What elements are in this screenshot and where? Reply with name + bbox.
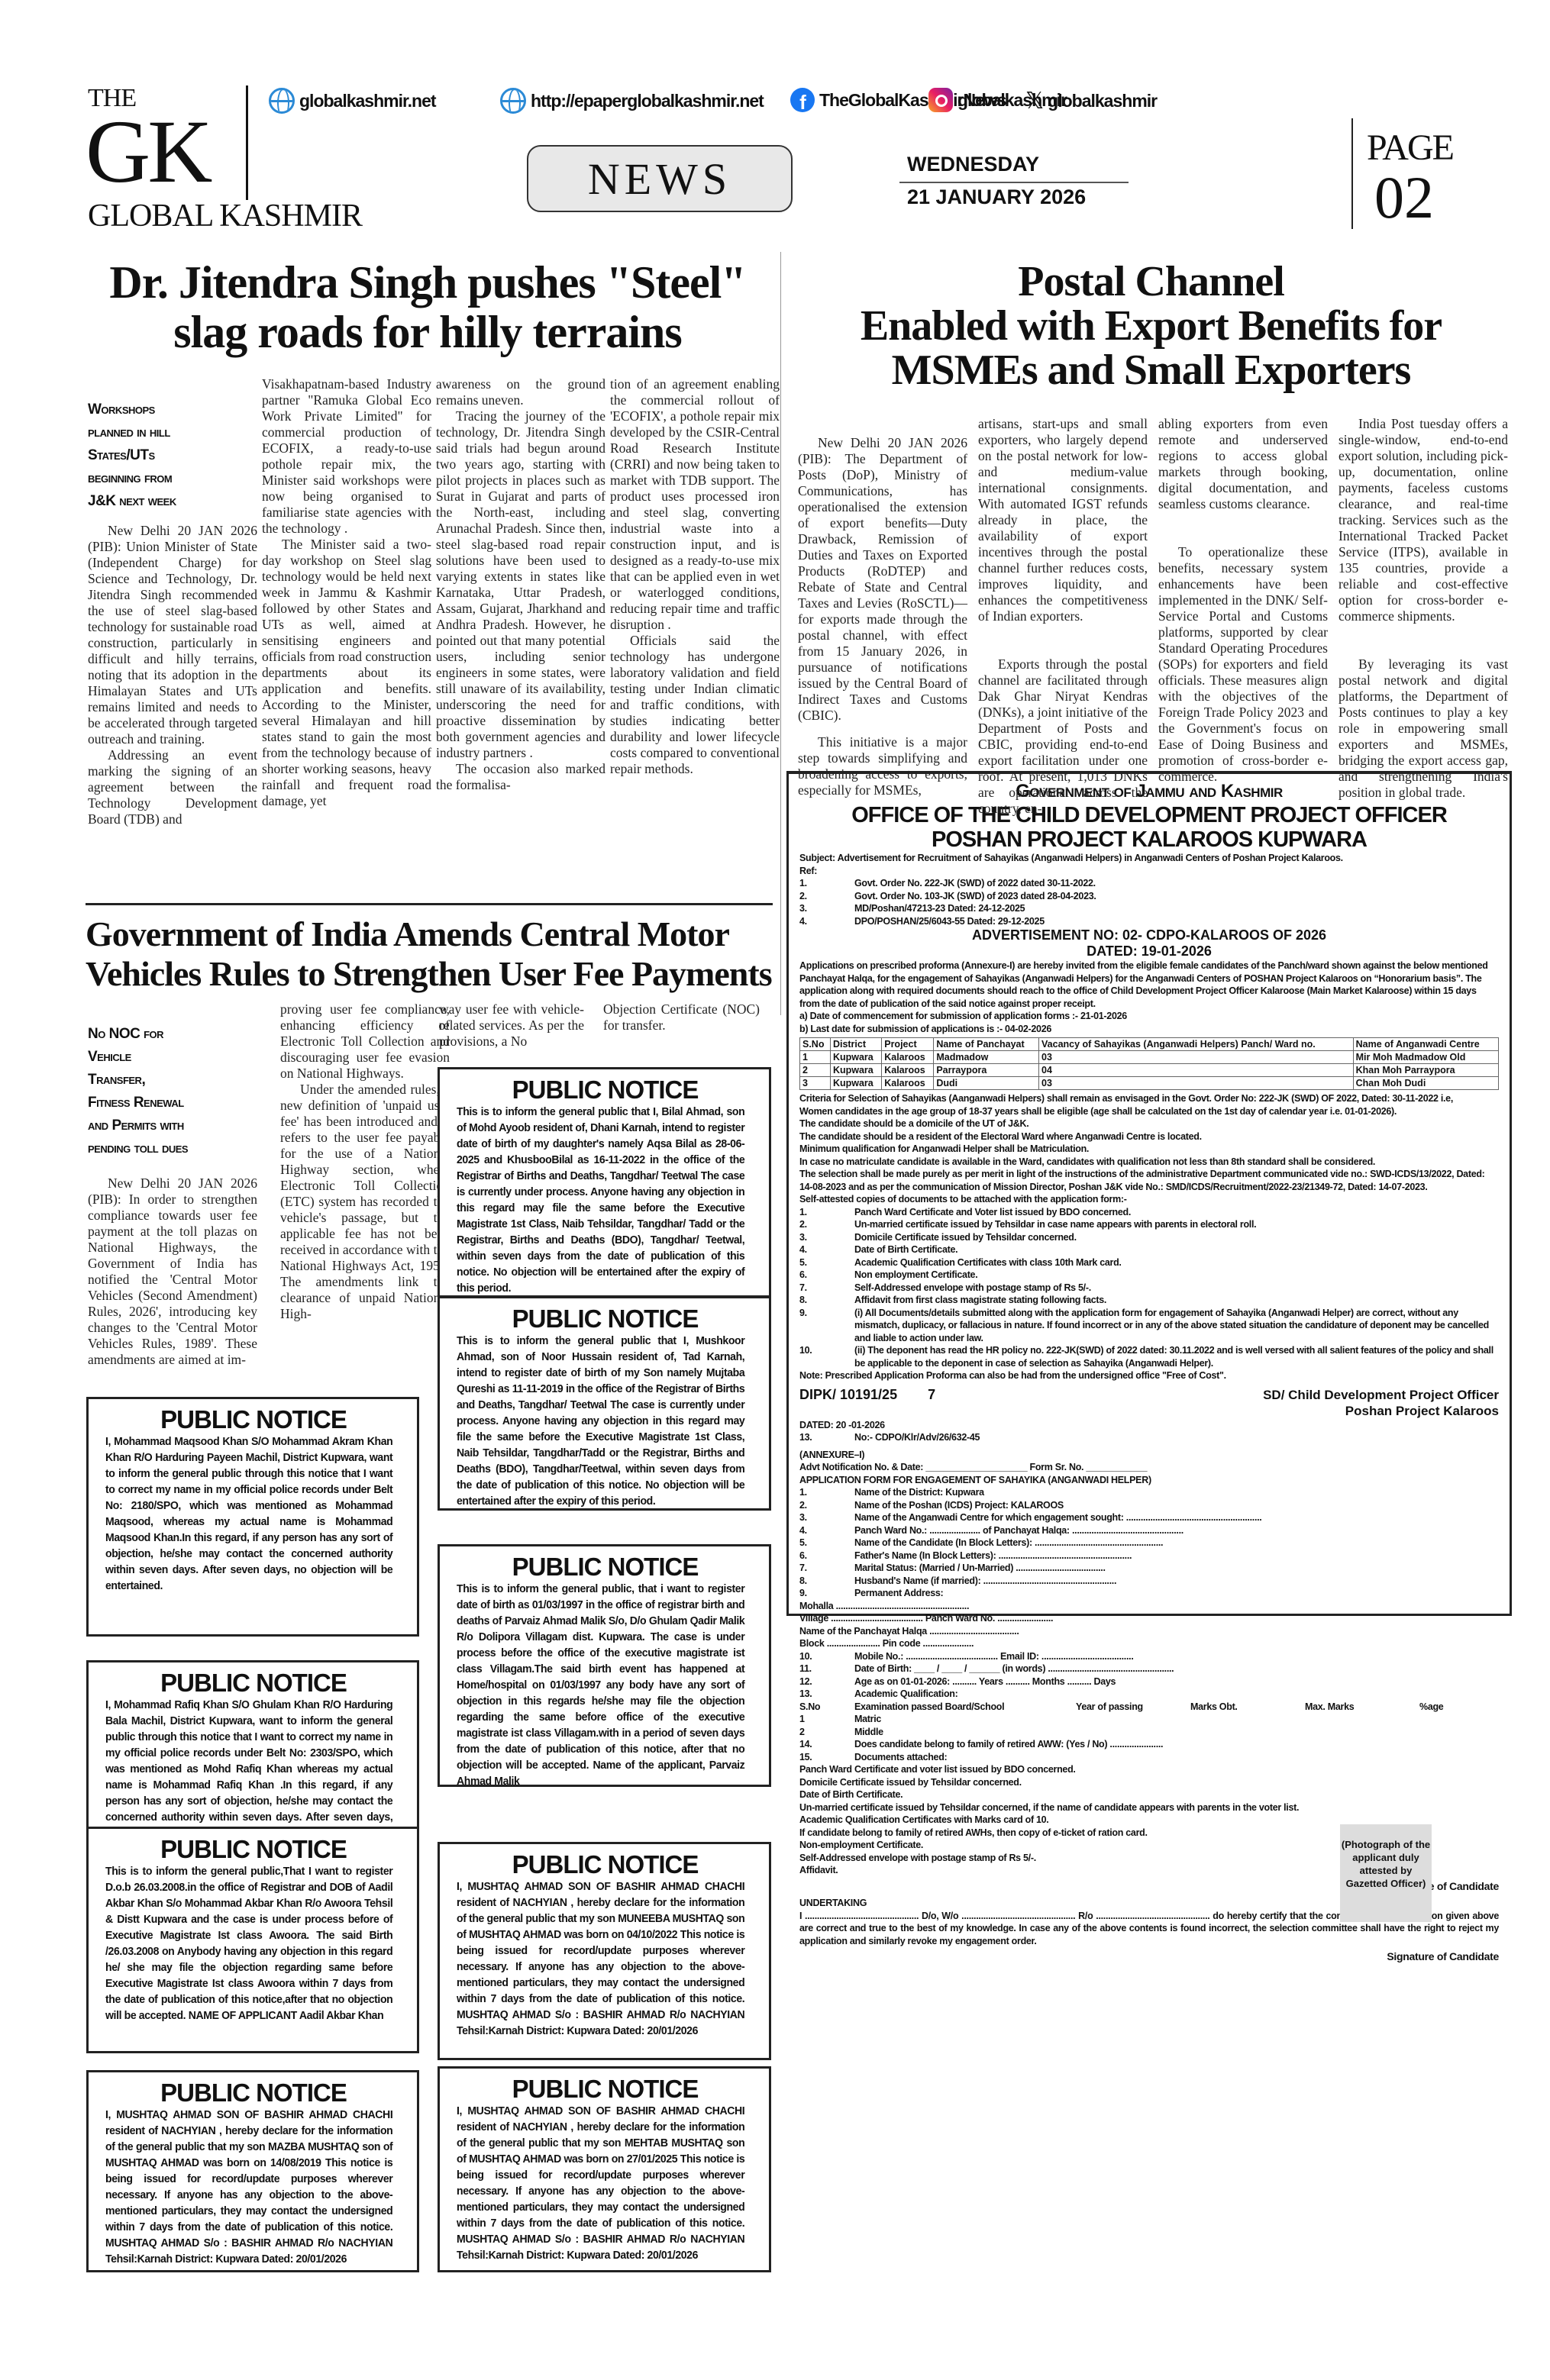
- item-text: Date of Birth Certificate.: [854, 1243, 957, 1256]
- qual-header: Max. Marks: [1305, 1701, 1419, 1714]
- paragraph: By leveraging its vast postal network an…: [1338, 656, 1508, 801]
- instagram-icon: [928, 88, 953, 112]
- article-column: awareness on the ground remains uneven.T…: [436, 376, 605, 793]
- table-cell: Kalaroos: [882, 1064, 934, 1077]
- criteria-item: Self-attested copies of documents to be …: [799, 1193, 1499, 1206]
- article-kicker: Workshops planned in hill States/UTs beg…: [88, 398, 187, 513]
- list-item: 8.Husband's Name (if married): .........…: [799, 1575, 1499, 1588]
- paragraph: tion of an agreement enabling the commer…: [610, 376, 780, 633]
- notice-title: PUBLIC NOTICE: [457, 1553, 754, 1582]
- item-number: 3.: [799, 902, 854, 915]
- paragraph: New Delhi 20 JAN 2026 (PIB): Union Minis…: [88, 523, 257, 747]
- notice-title: PUBLIC NOTICE: [105, 1835, 402, 1864]
- table-row: 3KupwaraKalaroosDudi03Chan Moh Dudi: [800, 1077, 1499, 1090]
- photo-placeholder: (Photograph of the applicant duly attest…: [1340, 1824, 1432, 1922]
- list-item: 10.(ii) The deponent has read the HR pol…: [799, 1344, 1499, 1369]
- notice-title: PUBLIC NOTICE: [457, 1076, 754, 1105]
- ad-signatory-2: Poshan Project Kalaroos: [1263, 1403, 1499, 1419]
- qual-header: S.No: [799, 1701, 854, 1714]
- ad-signatory-1: SD/ Child Development Project Officer: [1263, 1387, 1499, 1403]
- facebook-icon: f: [790, 88, 815, 112]
- page-number: 02: [1374, 168, 1434, 227]
- table-cell: Chan Moh Dudi: [1353, 1077, 1498, 1090]
- list-item: 2.Un-married certificate issued by Tehsi…: [799, 1218, 1499, 1231]
- item-number: 9.: [799, 1587, 854, 1600]
- table-cell: Madmadow: [934, 1051, 1039, 1064]
- list-item: 3.Domicile Certificate issued by Tehsild…: [799, 1231, 1499, 1244]
- item-number: 13.: [799, 1431, 854, 1444]
- ad-office-1: OFFICE OF THE CHILD DEVELOPMENT PROJECT …: [799, 803, 1499, 827]
- attached-item: Panch Ward Certificate and voter list is…: [799, 1763, 1499, 1776]
- item-number: 8.: [799, 1294, 854, 1307]
- table-header: Name of Panchayat: [934, 1038, 1039, 1051]
- ad-office-2: POSHAN PROJECT KALAROOS KUPWARA: [799, 827, 1499, 852]
- item-number: 7.: [799, 1562, 854, 1575]
- headline-line: Postal Channel: [790, 260, 1512, 304]
- table-header: Vacancy of Sahayikas (Anganwadi Helpers)…: [1039, 1038, 1354, 1051]
- item-number: 6.: [799, 1269, 854, 1282]
- public-notice: PUBLIC NOTICEThis is to inform the gener…: [86, 1827, 419, 2053]
- public-notice: PUBLIC NOTICEThis is to inform the gener…: [438, 1067, 771, 1298]
- section-badge: NEWS: [527, 145, 793, 212]
- public-notice: PUBLIC NOTICEThis is to inform the gener…: [438, 1296, 771, 1511]
- item-text: Permanent Address:: [854, 1587, 943, 1600]
- form-title: APPLICATION FORM FOR ENGAGEMENT OF SAHAY…: [799, 1474, 1499, 1487]
- article-headline: Dr. Jitendra Singh pushes "Steel" slag r…: [88, 258, 767, 357]
- qualification-header: S.NoExamination passed Board/SchoolYear …: [799, 1701, 1499, 1714]
- notice-body: I, Mohammad Rafiq Khan S/O Ghulam Khan R…: [105, 1698, 392, 1842]
- criteria-item: Minimum qualification for Anganwadi Help…: [799, 1143, 1499, 1156]
- table-cell: Khan Moh Parraypora: [1353, 1064, 1498, 1077]
- ad-intro: Applications on prescribed proforma (Ann…: [799, 959, 1499, 1010]
- qual-header: Year of passing: [1076, 1701, 1190, 1714]
- notice-body: This is to inform the general public tha…: [457, 1334, 744, 1510]
- issue-date: 21 JANUARY 2026: [907, 185, 1086, 209]
- globe-icon: [500, 88, 526, 114]
- notice-title: PUBLIC NOTICE: [457, 2075, 754, 2104]
- list-item: 3.Name of the Anganwadi Centre for which…: [799, 1511, 1499, 1524]
- ad-ref-label: Ref:: [799, 865, 1499, 878]
- ad-date: DATED: 19-01-2026: [799, 943, 1499, 959]
- list-item: 4.Panch Ward No.: ..................... …: [799, 1524, 1499, 1537]
- qual-header: Marks Obt.: [1190, 1701, 1305, 1714]
- table-cell: Parraypora: [934, 1064, 1039, 1077]
- notice-title: PUBLIC NOTICE: [105, 1405, 402, 1434]
- table-cell: 3: [800, 1077, 831, 1090]
- item-number: 10.: [799, 1344, 854, 1369]
- article-column: New Delhi 20 JAN 2026 (PIB): In order to…: [88, 1175, 257, 1368]
- item-text: Middle: [854, 1726, 883, 1739]
- article-column: tion of an agreement enabling the commer…: [610, 376, 780, 777]
- item-text: Does candidate belong to family of retir…: [854, 1738, 1163, 1751]
- table-cell: Kupwara: [830, 1051, 881, 1064]
- item-text: Affidavit from first class magistrate st…: [854, 1294, 1106, 1307]
- article-column: Visakhapatnam-based Industry partner "Ra…: [262, 376, 431, 809]
- item-number: 11.: [799, 1662, 854, 1675]
- item-text: Academic Qualification:: [854, 1688, 958, 1701]
- article-kicker: No NOC for Vehicle Transfer, Fitness Ren…: [88, 1023, 191, 1160]
- criteria-item: The candidate should be a resident of th…: [799, 1130, 1499, 1143]
- globe-icon: [269, 88, 295, 114]
- form-fields: 10.Mobile No.: .........................…: [799, 1650, 1499, 1701]
- social-epaper[interactable]: http://epaperglobalkashmir.net: [500, 88, 764, 114]
- qualification-rows: 1Matric2Middle: [799, 1713, 1499, 1738]
- article-column: New Delhi 20 JAN 2026 (PIB): Union Minis…: [88, 523, 257, 827]
- article-column: New Delhi 20 JAN 2026 (PIB): The Departm…: [798, 435, 967, 798]
- ad-docs: 1.Panch Ward Certificate and Voter list …: [799, 1206, 1499, 1370]
- item-number: 3.: [799, 1511, 854, 1524]
- social-label: http://epaperglobalkashmir.net: [531, 91, 764, 111]
- paragraph: awareness on the ground remains uneven.: [436, 376, 605, 408]
- page-divider: [1351, 118, 1353, 229]
- item-number: 1.: [799, 1206, 854, 1219]
- ad-dipk-n: 7: [928, 1387, 935, 1402]
- paragraph: Visakhapatnam-based Industry partner "Ra…: [262, 376, 431, 537]
- table-cell: Mir Moh Madmadow Old: [1353, 1051, 1498, 1064]
- list-item: 12.Age as on 01-01-2026: .......... Year…: [799, 1675, 1499, 1688]
- item-number: 7.: [799, 1282, 854, 1295]
- paragraph: abling exporters from even remote and un…: [1158, 416, 1328, 512]
- article-column: Objection Certificate (NOC) for transfer…: [603, 1001, 760, 1034]
- item-number: 2.: [799, 1218, 854, 1231]
- item-text: Panch Ward Certificate and Voter list is…: [854, 1206, 1131, 1219]
- criteria-item: The selection shall be made purely as pe…: [799, 1168, 1499, 1193]
- item-text: Marital Status: (Married / Un-Married) .…: [854, 1562, 1106, 1575]
- column-divider: [780, 252, 781, 1015]
- public-notice: PUBLIC NOTICEThis is to inform the gener…: [438, 1544, 771, 1787]
- logo-divider: [246, 85, 248, 200]
- notice-title: PUBLIC NOTICE: [457, 1850, 754, 1879]
- item-text: Name of the Poshan (ICDS) Project: KALAR…: [854, 1499, 1064, 1512]
- item-number: 4.: [799, 1524, 854, 1537]
- notice-title: PUBLIC NOTICE: [105, 1669, 402, 1698]
- address-line: Block ...................... Pin code ..…: [799, 1637, 1499, 1650]
- list-item: 11.Date of Birth: ____ / ____ / ______ (…: [799, 1662, 1499, 1675]
- form-fields: 14.Does candidate belong to family of re…: [799, 1738, 1499, 1763]
- article-column: abling exporters from even remote and un…: [1158, 416, 1328, 785]
- item-text: Un-married certificate issued by Tehsild…: [854, 1218, 1256, 1231]
- list-item: 1.Panch Ward Certificate and Voter list …: [799, 1206, 1499, 1219]
- headline-line: Enabled with Export Benefits for MSMEs a…: [790, 304, 1512, 392]
- paragraph: artisans, start-ups and small exporters,…: [978, 416, 1148, 624]
- annexure-label: (ANNEXURE–I): [799, 1449, 1499, 1462]
- item-number: 2: [799, 1726, 854, 1739]
- paragraph: Under the amended rules, a new definitio…: [280, 1082, 450, 1322]
- list-item: 14.Does candidate belong to family of re…: [799, 1738, 1499, 1751]
- table-row: 2KupwaraKalaroosParraypora04Khan Moh Par…: [800, 1064, 1499, 1077]
- table-cell: Kupwara: [830, 1064, 881, 1077]
- item-number: 5.: [799, 1256, 854, 1269]
- list-item: 1.Govt. Order No. 222-JK (SWD) of 2022 d…: [799, 877, 1499, 890]
- item-text: Age as on 01-01-2026: .......... Years .…: [854, 1675, 1116, 1688]
- advt-line: Advt Notification No. & Date: __________…: [799, 1461, 1499, 1474]
- item-number: 4.: [799, 1243, 854, 1256]
- notice-body: This is to inform the general public tha…: [457, 1105, 744, 1297]
- list-item: 2.Name of the Poshan (ICDS) Project: KAL…: [799, 1499, 1499, 1512]
- notice-body: This is to inform the general public, th…: [457, 1582, 744, 1790]
- item-number: 2.: [799, 1499, 854, 1512]
- attached-item: Domicile Certificate issued by Tehsildar…: [799, 1776, 1499, 1789]
- table-cell: Kalaroos: [882, 1051, 934, 1064]
- list-item: 6.Father's Name (In Block Letters): ....…: [799, 1550, 1499, 1562]
- table-cell: 2: [800, 1064, 831, 1077]
- public-notice: PUBLIC NOTICEI, MUSHTAQ AHMAD SON OF BAS…: [438, 2066, 771, 2272]
- qual-header: %age: [1419, 1701, 1481, 1714]
- paragraph: Exports through the postal channel are f…: [978, 656, 1148, 817]
- social-label: globalkashmir.net: [299, 91, 436, 111]
- table-cell: 03: [1039, 1051, 1354, 1064]
- item-number: 1.: [799, 877, 854, 890]
- social-x[interactable]: 𝕏 globalkashmir: [1025, 88, 1157, 114]
- item-text: Self-Addressed envelope with postage sta…: [854, 1282, 1091, 1295]
- item-text: Govt. Order No. 103-JK (SWD) of 2023 dat…: [854, 890, 1096, 903]
- notice-body: I, Mohammad Maqsood Khan S/O Mohammad Ak…: [105, 1434, 392, 1595]
- list-item: 4.DPO/POSHAN/25/6043-55 Dated: 29-12-202…: [799, 915, 1499, 928]
- notice-title: PUBLIC NOTICE: [105, 2078, 402, 2107]
- item-number: 1.: [799, 1486, 854, 1499]
- item-number: 8.: [799, 1575, 854, 1588]
- form-fields: 1.Name of the District: Kupwara2.Name of…: [799, 1486, 1499, 1600]
- table-cell: Kalaroos: [882, 1077, 934, 1090]
- public-notice: PUBLIC NOTICEI, Mohammad Maqsood Khan S/…: [86, 1397, 419, 1637]
- table-header: S.No: [800, 1038, 831, 1051]
- list-item: 7.Marital Status: (Married / Un-Married)…: [799, 1562, 1499, 1575]
- list-item: 9.Permanent Address:: [799, 1587, 1499, 1600]
- paragraph: way user fee with vehicle-related servic…: [439, 1001, 584, 1050]
- paragraph: To operationalize these benefits, necess…: [1158, 544, 1328, 785]
- issue-day: WEDNESDAY: [907, 153, 1039, 176]
- ad-note: Note: Prescribed Application Proforma ca…: [799, 1369, 1499, 1382]
- paragraph: Addressing an event marking the signing …: [88, 747, 257, 827]
- table-cell: 1: [800, 1051, 831, 1064]
- paragraph: The occasion also marked the formalisa-: [436, 761, 605, 793]
- qual-header: Examination passed Board/School: [854, 1701, 1076, 1714]
- item-text: Name of the Candidate (In Block Letters)…: [854, 1537, 1163, 1550]
- address-line: Name of the Panchayat Halqa ............…: [799, 1625, 1499, 1638]
- logo-name: GLOBAL KASHMIR: [88, 200, 362, 232]
- public-notice: PUBLIC NOTICEI, MUSHTAQ AHMAD SON OF BAS…: [438, 1842, 771, 2060]
- ad-number: ADVERTISEMENT NO: 02- CDPO-KALAROOS OF 2…: [799, 927, 1499, 943]
- ad-date-b: b) Last date for submission of applicati…: [799, 1023, 1499, 1036]
- page-label: PAGE: [1367, 130, 1453, 166]
- notice-body: I, MUSHTAQ AHMAD SON OF BASHIR AHMAD CHA…: [457, 2104, 744, 2264]
- list-item: 6.Non employment Certificate.: [799, 1269, 1499, 1282]
- criteria-item: Criteria for Selection of Sahayikas (Aan…: [799, 1092, 1499, 1105]
- vacancy-table: S.NoDistrictProjectName of PanchayatVaca…: [799, 1037, 1499, 1090]
- list-item: 5.Name of the Candidate (In Block Letter…: [799, 1537, 1499, 1550]
- item-text: (i) All Documents/details submitted alon…: [854, 1307, 1499, 1345]
- address-line: Mohalla ................................…: [799, 1600, 1499, 1613]
- item-number: 6.: [799, 1550, 854, 1562]
- notice-title: PUBLIC NOTICE: [457, 1304, 754, 1334]
- x-icon: 𝕏: [1025, 88, 1043, 114]
- signature-label: Signature of Candidate: [799, 1950, 1499, 1963]
- notice-body: I, MUSHTAQ AHMAD SON OF BASHIR AHMAD CHA…: [457, 1879, 744, 2040]
- column-divider: [780, 908, 781, 1008]
- list-item: 4.Date of Birth Certificate.: [799, 1243, 1499, 1256]
- table-cell: Kupwara: [830, 1077, 881, 1090]
- item-number: 15.: [799, 1751, 854, 1764]
- list-item: 10.Mobile No.: .........................…: [799, 1650, 1499, 1663]
- table-cell: 04: [1039, 1064, 1354, 1077]
- item-text: Date of Birth: ____ / ____ / ______ (in …: [854, 1662, 1174, 1675]
- item-text: Name of the Anganwadi Centre for which e…: [854, 1511, 1261, 1524]
- item-number: 4.: [799, 915, 854, 928]
- ad-ref-no: No:- CDPO/Klr/Adv/26/632-45: [854, 1431, 980, 1444]
- article-column: artisans, start-ups and small exporters,…: [978, 416, 1148, 817]
- notice-body: This is to inform the general public,Tha…: [105, 1864, 392, 2024]
- article-headline: Government of India Amends Central Motor…: [86, 914, 773, 994]
- paragraph: Objection Certificate (NOC) for transfer…: [603, 1001, 760, 1034]
- list-item: 9.(i) All Documents/details submitted al…: [799, 1307, 1499, 1345]
- ad-dipk: DIPK/ 10191/25: [799, 1387, 897, 1402]
- ad-criteria: Criteria for Selection of Sahayikas (Aan…: [799, 1092, 1499, 1206]
- ad-date-a: a) Date of commencement for submission o…: [799, 1010, 1499, 1023]
- item-text: (ii) The deponent has read the HR policy…: [854, 1344, 1499, 1369]
- item-text: Father's Name (In Block Letters): ......…: [854, 1550, 1132, 1562]
- item-number: 13.: [799, 1688, 854, 1701]
- article-column: India Post tuesday offers a single-windo…: [1338, 416, 1508, 801]
- list-item: 1.Name of the District: Kupwara: [799, 1486, 1499, 1499]
- address-fields: Mohalla ................................…: [799, 1600, 1499, 1650]
- table-header: Project: [882, 1038, 934, 1051]
- item-text: Matric: [854, 1713, 881, 1726]
- govt-advertisement: Government of Jammu and Kashmir OFFICE O…: [786, 771, 1512, 1616]
- ad-refs: 1.Govt. Order No. 222-JK (SWD) of 2022 d…: [799, 877, 1499, 927]
- address-line: Village ................................…: [799, 1612, 1499, 1625]
- item-number: 3.: [799, 1231, 854, 1244]
- qual-row: 1Matric: [799, 1713, 1499, 1726]
- paragraph: The Minister said a two-day workshop on …: [262, 537, 431, 809]
- paragraph: New Delhi 20 JAN 2026 (PIB): The Departm…: [798, 435, 967, 724]
- item-text: Govt. Order No. 222-JK (SWD) of 2022 dat…: [854, 877, 1096, 890]
- attached-item: Date of Birth Certificate.: [799, 1788, 1499, 1801]
- logo-gk: GK: [86, 107, 209, 197]
- public-notice: PUBLIC NOTICEI, MUSHTAQ AHMAD SON OF BAS…: [86, 2070, 419, 2272]
- criteria-item: The candidate should be a domicile of th…: [799, 1117, 1499, 1130]
- item-number: 12.: [799, 1675, 854, 1688]
- item-text: Panch Ward No.: ..................... of…: [854, 1524, 1183, 1537]
- item-text: MD/Poshan/47213-23 Dated: 24-12-2025: [854, 902, 1025, 915]
- list-item: 5.Academic Qualification Certificates wi…: [799, 1256, 1499, 1269]
- paragraph: New Delhi 20 JAN 2026 (PIB): In order to…: [88, 1175, 257, 1368]
- item-text: Name of the District: Kupwara: [854, 1486, 984, 1499]
- item-text: Mobile No.: ............................…: [854, 1650, 1134, 1663]
- qual-row: 2Middle: [799, 1726, 1499, 1739]
- paragraph: proving user fee compliance, enhancing e…: [280, 1001, 450, 1082]
- item-number: 14.: [799, 1738, 854, 1751]
- divider: [86, 903, 773, 905]
- list-item: 8.Affidavit from first class magistrate …: [799, 1294, 1499, 1307]
- item-number: 2.: [799, 890, 854, 903]
- table-header: Name of Anganwadi Centre: [1353, 1038, 1498, 1051]
- social-website[interactable]: globalkashmir.net: [269, 88, 436, 114]
- item-text: Non employment Certificate.: [854, 1269, 977, 1282]
- table-row: 1KupwaraKalaroosMadmadow03Mir Moh Madmad…: [800, 1051, 1499, 1064]
- paragraph: This initiative is a major step towards …: [798, 734, 967, 798]
- attached-item: Un-married certificate issued by Tehsild…: [799, 1801, 1499, 1814]
- item-number: 5.: [799, 1537, 854, 1550]
- paragraph: Tracing the journey of the technology, D…: [436, 408, 605, 761]
- item-text: Documents attached:: [854, 1751, 947, 1764]
- table-header: District: [830, 1038, 881, 1051]
- paragraph: India Post tuesday offers a single-windo…: [1338, 416, 1508, 624]
- ad-dated: DATED: 20 -01-2026: [799, 1419, 1499, 1432]
- list-item: 3.MD/Poshan/47213-23 Dated: 24-12-2025: [799, 902, 1499, 915]
- list-item: 15.Documents attached:: [799, 1751, 1499, 1764]
- item-number: 10.: [799, 1650, 854, 1663]
- criteria-item: Women candidates in the age group of 18-…: [799, 1105, 1499, 1118]
- item-text: DPO/POSHAN/25/6043-55 Dated: 29-12-2025: [854, 915, 1045, 928]
- date-divider: [899, 182, 1129, 183]
- table-cell: Dudi: [934, 1077, 1039, 1090]
- table-cell: 03: [1039, 1077, 1354, 1090]
- item-number: 1: [799, 1713, 854, 1726]
- article-headline: Postal Channel Enabled with Export Benef…: [790, 260, 1512, 392]
- item-number: 9.: [799, 1307, 854, 1345]
- item-text: Academic Qualification Certificates with…: [854, 1256, 1122, 1269]
- criteria-item: In case no matriculate candidate is avai…: [799, 1156, 1499, 1169]
- item-text: Husband's Name (if married): ...........…: [854, 1575, 1116, 1588]
- social-label: globalkashmir: [1048, 91, 1157, 111]
- notice-body: I, MUSHTAQ AHMAD SON OF BASHIR AHMAD CHA…: [105, 2107, 392, 2268]
- list-item: 7.Self-Addressed envelope with postage s…: [799, 1282, 1499, 1295]
- list-item: 2.Govt. Order No. 103-JK (SWD) of 2023 d…: [799, 890, 1499, 903]
- paragraph: Officials said the technology has underg…: [610, 633, 780, 777]
- article-column: way user fee with vehicle-related servic…: [439, 1001, 584, 1050]
- article-column: proving user fee compliance, enhancing e…: [280, 1001, 450, 1322]
- item-text: Domicile Certificate issued by Tehsildar…: [854, 1231, 1077, 1244]
- ad-subject: Subject: Advertisement for Recruitment o…: [799, 852, 1499, 865]
- list-item: 13.Academic Qualification:: [799, 1688, 1499, 1701]
